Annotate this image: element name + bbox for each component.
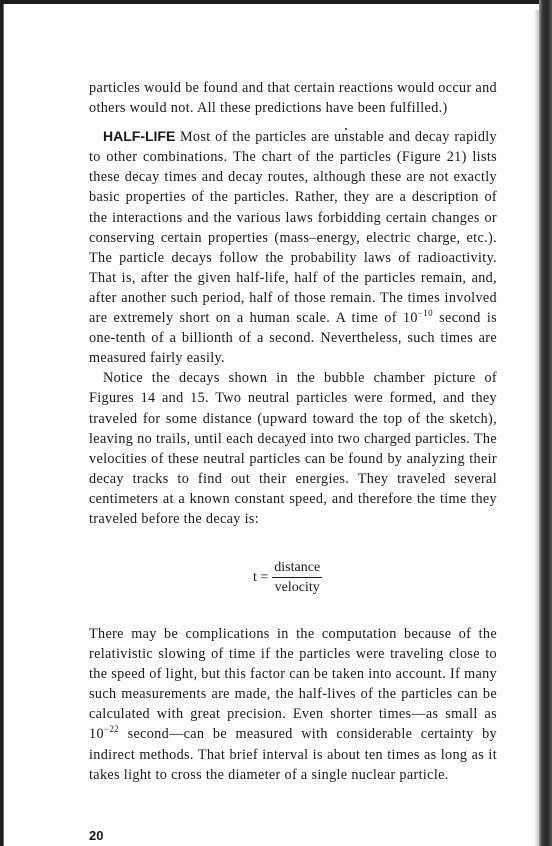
- section-heading: HALF-LIFE: [103, 128, 175, 144]
- exponent: −10: [418, 308, 433, 318]
- half-life-paragraph: HALF-LIFE Most of the particles are unst…: [89, 126, 497, 368]
- decay-paragraph: Notice the decays shown in the bubble ch…: [89, 368, 497, 529]
- numerator: distance: [272, 559, 322, 578]
- continuation-paragraph: particles would be found and that certai…: [89, 78, 497, 118]
- exponent: −22: [104, 724, 119, 734]
- formula-lhs: t =: [253, 570, 268, 586]
- page-number: 20: [89, 828, 103, 843]
- time-formula: t = distance velocity: [253, 559, 322, 596]
- book-spine-edge: [539, 0, 552, 846]
- fraction: distance velocity: [272, 559, 322, 596]
- complications-paragraph: There may be complications in the comput…: [89, 624, 497, 785]
- book-page: particles would be found and that certai…: [3, 4, 539, 846]
- body-text-upper: particles would be found and that certai…: [89, 78, 497, 529]
- denominator: velocity: [273, 578, 322, 596]
- body-text-lower: There may be complications in the comput…: [89, 624, 497, 785]
